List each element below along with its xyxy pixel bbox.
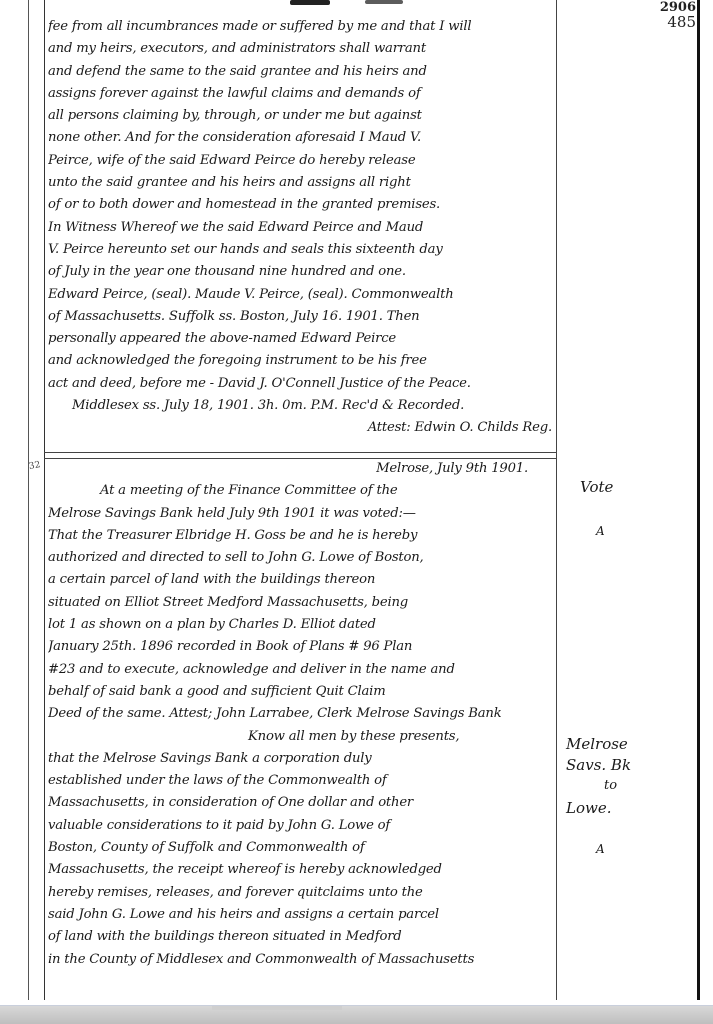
deed-line: Massachusetts, the receipt whereof is he… — [48, 859, 554, 881]
margin-mark: A — [596, 842, 605, 856]
deed-line: authorized and directed to sell to John … — [48, 547, 554, 569]
deed-line: behalf of said bank a good and sufficien… — [48, 681, 554, 703]
deed-line: established under the laws of the Common… — [48, 770, 554, 792]
ink-smudge — [290, 0, 330, 5]
deed-line: said John G. Lowe and his heirs and assi… — [48, 904, 554, 926]
deed-line: hereby remises, releases, and forever qu… — [48, 882, 554, 904]
deed-line: that the Melrose Savings Bank a corporat… — [48, 748, 554, 770]
margin-note-grantor: Melrose — [566, 735, 628, 753]
margin-note-vote: Vote — [580, 478, 613, 496]
viewer-bottom-bar — [0, 1005, 713, 1024]
page-numbers: 2906 485 — [640, 0, 696, 30]
deed-line: in the County of Middlesex and Commonwea… — [48, 949, 554, 971]
deed-line: of or to both dower and homestead in the… — [48, 194, 554, 216]
deed-line: unto the said grantee and his heirs and … — [48, 172, 554, 194]
margin-note-grantor-type: Savs. Bk — [566, 756, 631, 774]
deed-line: Melrose Savings Bank held July 9th 1901 … — [48, 503, 554, 525]
deed-line: of July in the year one thousand nine hu… — [48, 261, 554, 283]
deed-line: Peirce, wife of the said Edward Peirce d… — [48, 150, 554, 172]
margin-note-grantee: Lowe. — [566, 799, 611, 817]
deed-line: valuable considerations to it paid by Jo… — [48, 815, 554, 837]
margin-mark: A — [596, 524, 605, 538]
deed-record-page: 2906 485 32 fee from all incumbrances ma… — [0, 0, 713, 1005]
page-right-border — [697, 0, 700, 1000]
text-column-right-rule — [556, 0, 557, 1000]
deed-line: situated on Elliot Street Medford Massac… — [48, 592, 554, 614]
deed-line: lot 1 as shown on a plan by Charles D. E… — [48, 614, 554, 636]
deed-line: a certain parcel of land with the buildi… — [48, 569, 554, 591]
deed-section-peirce: fee from all incumbrances made or suffer… — [48, 16, 554, 440]
deed-line: act and deed, before me - David J. O'Con… — [48, 373, 554, 395]
deed-line: all persons claiming by, through, or und… — [48, 105, 554, 127]
outer-left-rule — [28, 0, 29, 1000]
section-divider — [44, 452, 557, 453]
scroll-indicator[interactable] — [212, 1006, 342, 1010]
deed-line: V. Peirce hereunto set our hands and sea… — [48, 239, 554, 261]
deed-line: #23 and to execute, acknowledge and deli… — [48, 659, 554, 681]
deed-line: and my heirs, executors, and administrat… — [48, 38, 554, 60]
deed-line: Boston, County of Suffolk and Commonweal… — [48, 837, 554, 859]
deed-line: personally appeared the above-named Edwa… — [48, 328, 554, 350]
register-attest-line: Attest: Edwin O. Childs Reg. — [48, 417, 554, 439]
deed-line: Deed of the same. Attest; John Larrabee,… — [48, 703, 554, 725]
deed-line: That the Treasurer Elbridge H. Goss be a… — [48, 525, 554, 547]
left-margin-number: 32 — [28, 460, 41, 472]
deed-line: Edward Peirce, (seal). Maude V. Peirce, … — [48, 284, 554, 306]
deed-line: of land with the buildings thereon situa… — [48, 926, 554, 948]
deed-line: fee from all incumbrances made or suffer… — [48, 16, 554, 38]
folio-number: 485 — [640, 15, 696, 30]
inner-left-rule — [44, 0, 45, 1000]
margin-note-to: to — [604, 778, 617, 793]
ink-smudge — [365, 0, 403, 4]
deed-line: January 25th. 1896 recorded in Book of P… — [48, 636, 554, 658]
deed-line: and acknowledged the foregoing instrumen… — [48, 350, 554, 372]
deed-line: Know all men by these presents, — [48, 726, 554, 748]
deed-line: Massachusetts, in consideration of One d… — [48, 792, 554, 814]
deed-line: In Witness Whereof we the said Edward Pe… — [48, 217, 554, 239]
deed-line: At a meeting of the Finance Committee of… — [48, 480, 554, 502]
deed-line: none other. And for the consideration af… — [48, 127, 554, 149]
deed-line: assigns forever against the lawful claim… — [48, 83, 554, 105]
deed-line: and defend the same to the said grantee … — [48, 61, 554, 83]
recording-line: Middlesex ss. July 18, 1901. 3h. 0m. P.M… — [48, 395, 554, 417]
deed-line: of Massachusetts. Suffolk ss. Boston, Ju… — [48, 306, 554, 328]
deed-section-melrose: Melrose, July 9th 1901. At a meeting of … — [48, 458, 554, 971]
date-line: Melrose, July 9th 1901. — [48, 458, 554, 480]
